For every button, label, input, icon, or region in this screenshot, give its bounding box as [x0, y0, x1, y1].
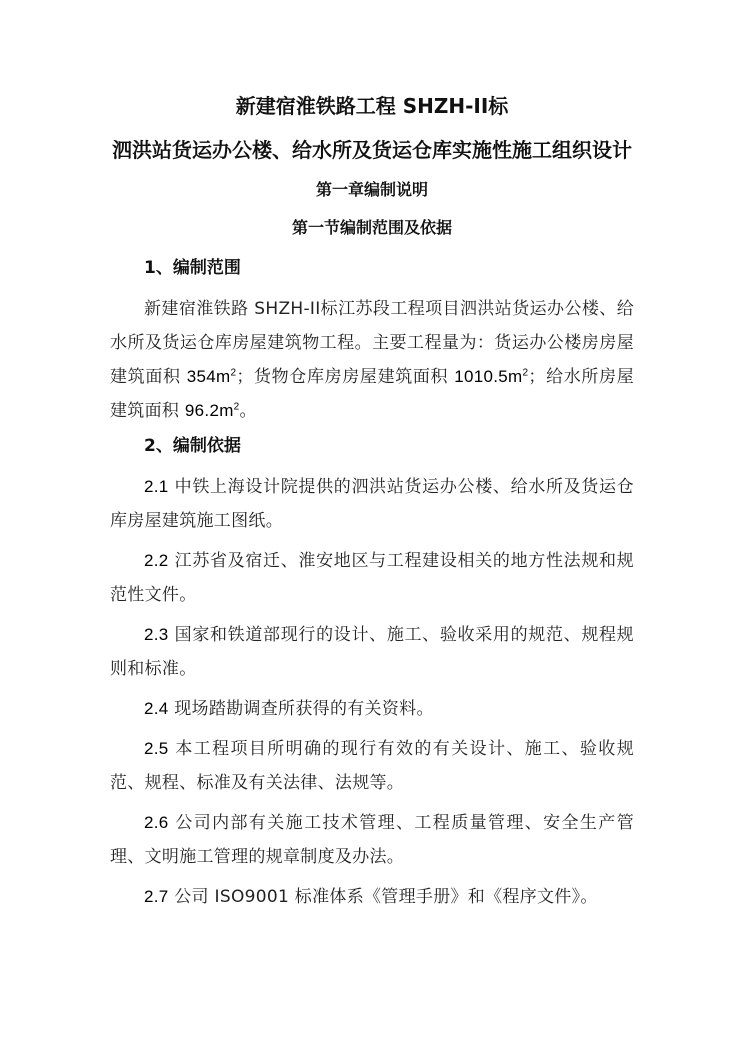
basis-item: 2.3 国家和铁道部现行的设计、施工、验收采用的规范、规程规则和标准。 — [110, 618, 634, 686]
scope-text-d: 。 — [240, 401, 257, 421]
document-title-line1: 新建宿淮铁路工程 SHZH-II标 — [110, 92, 634, 120]
basis-item-text: 中铁上海设计院提供的泗洪站货运办公楼、给水所及货运仓库房屋建筑施工图纸。 — [110, 477, 634, 531]
water-area-value: 96.2m — [185, 401, 234, 420]
basis-item-text: 本工程项目所明确的现行有效的有关设计、施工、验收规范、规程、标准及有关法律、法规… — [110, 739, 634, 793]
basis-item-number: 2.1 — [144, 477, 169, 496]
warehouse-area-value: 1010.5m — [454, 367, 522, 386]
basis-item-number: 2.7 — [144, 887, 169, 906]
basis-item-number: 2.2 — [144, 551, 169, 570]
chapter-title: 第一章编制说明 — [110, 178, 634, 202]
basis-item-text: 国家和铁道部现行的设计、施工、验收采用的规范、规程规则和标准。 — [110, 625, 634, 679]
basis-item: 2.6 公司内部有关施工技术管理、工程质量管理、安全生产管理、文明施工管理的规章… — [110, 806, 634, 874]
basis-heading: 2、编制依据 — [110, 434, 634, 458]
basis-item-text: 江苏省及宿迁、淮安地区与工程建设相关的地方性法规和规范性文件。 — [110, 551, 634, 605]
basis-item-number: 2.5 — [144, 739, 169, 758]
basis-item-number: 2.6 — [144, 813, 169, 832]
office-area-value: 354m — [187, 367, 231, 386]
basis-item: 2.5 本工程项目所明确的现行有效的有关设计、施工、验收规范、规程、标准及有关法… — [110, 732, 634, 800]
basis-item: 2.4 现场踏勘调查所获得的有关资料。 — [110, 692, 634, 726]
section-title: 第一节编制范围及依据 — [110, 216, 634, 240]
basis-item-text: 现场踏勘调查所获得的有关资料。 — [169, 699, 434, 719]
basis-item-text: 公司 ISO9001 标准体系《管理手册》和《程序文件》。 — [169, 887, 598, 907]
document-page: 新建宿淮铁路工程 SHZH-II标 泗洪站货运办公楼、给水所及货运仓库实施性施工… — [110, 92, 634, 920]
basis-item-number: 2.3 — [144, 625, 169, 644]
basis-item: 2.7 公司 ISO9001 标准体系《管理手册》和《程序文件》。 — [110, 880, 634, 914]
basis-item-text: 公司内部有关施工技术管理、工程质量管理、安全生产管理、文明施工管理的规章制度及办… — [110, 813, 634, 867]
document-title-line2: 泗洪站货运办公楼、给水所及货运仓库实施性施工组织设计 — [110, 136, 634, 164]
basis-item-number: 2.4 — [144, 699, 169, 718]
scope-heading: 1、编制范围 — [110, 256, 634, 280]
scope-paragraph: 新建宿淮铁路 SHZH-II标江苏段工程项目泗洪站货运办公楼、给水所及货运仓库房… — [110, 292, 634, 428]
basis-item: 2.1 中铁上海设计院提供的泗洪站货运办公楼、给水所及货运仓库房屋建筑施工图纸。 — [110, 470, 634, 538]
basis-item: 2.2 江苏省及宿迁、淮安地区与工程建设相关的地方性法规和规范性文件。 — [110, 544, 634, 612]
scope-text-b: ；货物仓库房房屋建筑面积 — [236, 367, 454, 387]
